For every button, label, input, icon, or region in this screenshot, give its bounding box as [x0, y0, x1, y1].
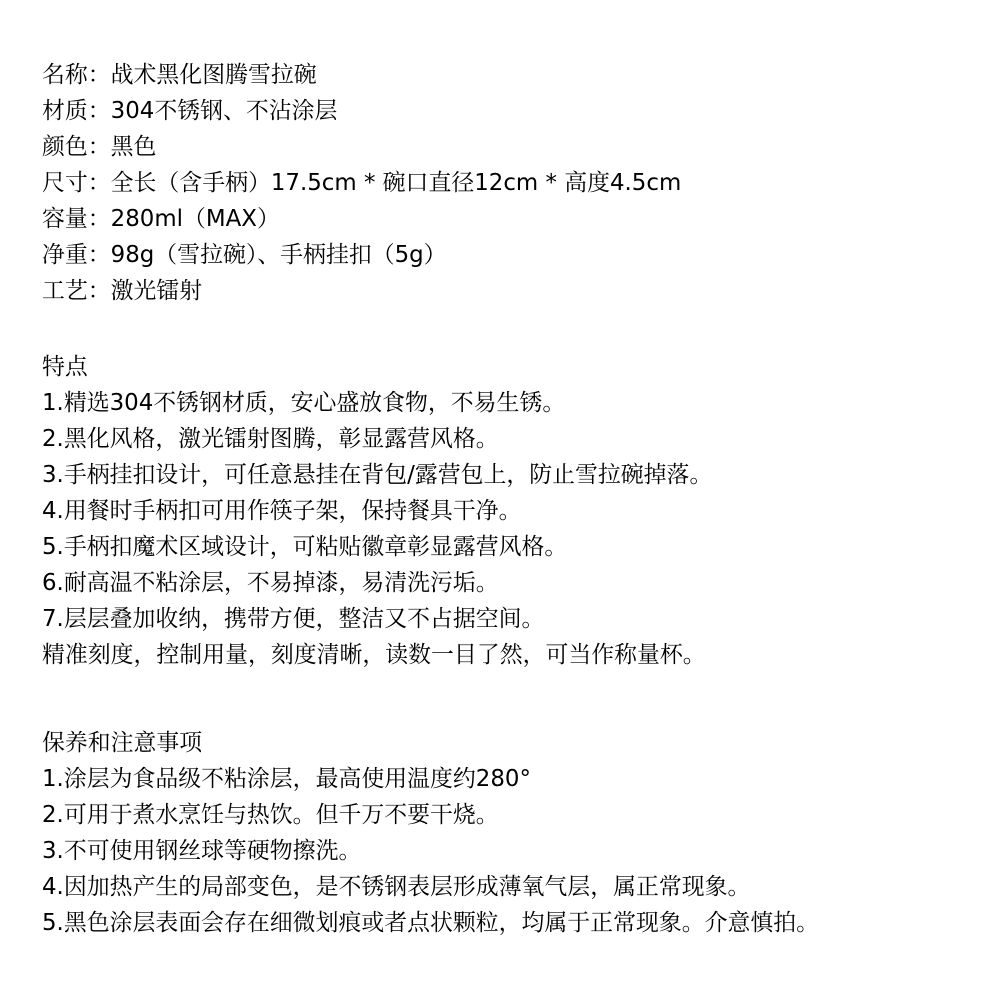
spec-size: 尺寸：全长（含手柄）17.5cm * 碗口直径12cm * 高度4.5cm [42, 165, 992, 201]
spec-craft: 工艺：激光镭射 [42, 273, 992, 309]
product-description-document: 名称：战术黑化图腾雪拉碗 材质：304不锈钢、不沾涂层 颜色：黑色 尺寸：全长（… [42, 57, 997, 941]
care-item: 5.黑色涂层表面会存在细微划痕或者点状颗粒，均属于正常现象。介意慎拍。 [42, 905, 992, 941]
spec-name: 名称：战术黑化图腾雪拉碗 [42, 57, 992, 93]
spec-net-weight: 净重：98g（雪拉碗）、手柄挂扣（5g） [42, 237, 992, 273]
spacer [42, 673, 997, 725]
feature-item: 3.手柄挂扣设计，可任意悬挂在背包/露营包上，防止雪拉碗掉落。 [42, 457, 992, 493]
care-item: 4.因加热产生的局部变色，是不锈钢表层形成薄氧气层，属正常现象。 [42, 869, 992, 905]
care-item: 2.可用于煮水烹饪与热饮。但千万不要干烧。 [42, 797, 992, 833]
care-item: 3.不可使用钢丝球等硬物擦洗。 [42, 833, 992, 869]
feature-item: 1.精选304不锈钢材质，安心盛放食物，不易生锈。 [42, 385, 992, 421]
feature-item: 4.用餐时手柄扣可用作筷子架，保持餐具干净。 [42, 493, 992, 529]
specs-section: 名称：战术黑化图腾雪拉碗 材质：304不锈钢、不沾涂层 颜色：黑色 尺寸：全长（… [42, 57, 997, 309]
spec-capacity: 容量：280ml（MAX） [42, 201, 992, 237]
features-section: 特点 1.精选304不锈钢材质，安心盛放食物，不易生锈。 2.黑化风格，激光镭射… [42, 349, 997, 673]
spec-material: 材质：304不锈钢、不沾涂层 [42, 93, 992, 129]
care-heading: 保养和注意事项 [42, 725, 992, 761]
care-item: 1.涂层为食品级不粘涂层，最高使用温度约280° [42, 761, 992, 797]
feature-item: 2.黑化风格，激光镭射图腾，彰显露营风格。 [42, 421, 992, 457]
feature-item: 5.手柄扣魔术区域设计，可粘贴徽章彰显露营风格。 [42, 529, 992, 565]
features-heading: 特点 [42, 349, 992, 385]
spec-color: 颜色：黑色 [42, 129, 992, 165]
features-note: 精准刻度，控制用量，刻度清晰，读数一目了然，可当作称量杯。 [42, 637, 992, 673]
feature-item: 7.层层叠加收纳，携带方便，整洁又不占据空间。 [42, 601, 992, 637]
feature-item: 6.耐高温不粘涂层，不易掉漆，易清洗污垢。 [42, 565, 992, 601]
care-section: 保养和注意事项 1.涂层为食品级不粘涂层，最高使用温度约280° 2.可用于煮水… [42, 725, 997, 941]
spacer [42, 309, 997, 349]
